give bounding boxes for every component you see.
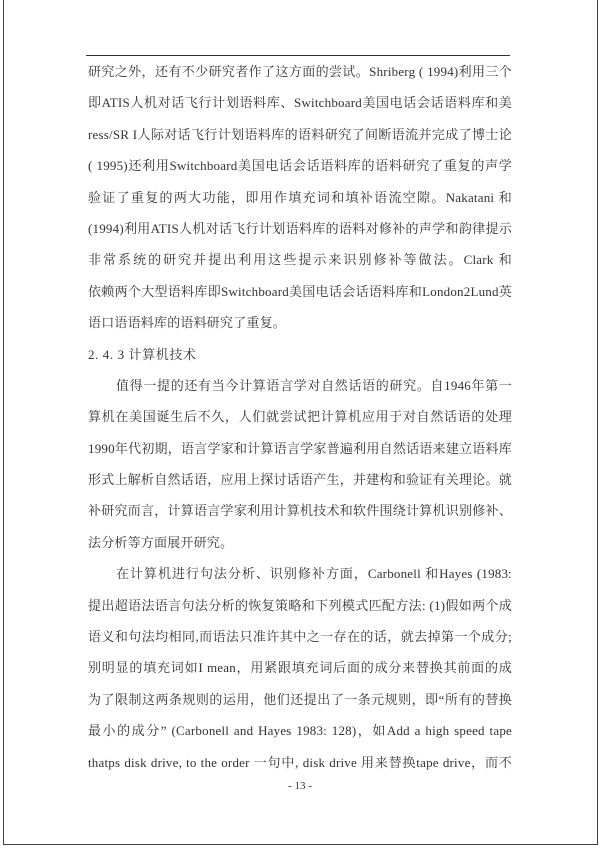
text-line: 为了限制这两条规则的运用，他们还提出了一条元规则，即“所有的替换需选择 (88, 684, 512, 715)
text-line: 值得一提的还有当今计算语言学对自然话语的研究。自1946年第一台电子计 (88, 370, 512, 401)
text-line: 提出超语法语言句法分析的恢复策略和下列模式匹配方法: (1)假如两个成分的 (88, 590, 512, 621)
page-number: - 13 - (0, 780, 600, 792)
text-line: (1994)利用ATIS人机对话飞行计划语料库的语料对修补的声学和韵律提示作了 (88, 213, 512, 244)
text-line: 1990年代初期，语言学家和计算语言学家普遍利用自然话语来建立语料库以从 (88, 433, 512, 464)
text-line: 法分析等方面展开研究。 (88, 527, 512, 558)
text-line: 别明显的填充词如I mean，用紧跟填充词后面的成分来替换其前面的成分。此外， (88, 652, 512, 683)
section-heading: 2. 4. 3 计算机技术 (88, 339, 512, 370)
text-line: ( 1995)还利用Switchboard美国电话会话语料库的语料研究了重复的声… (88, 150, 512, 181)
text-line: 非常系统的研究并提出利用这些提示来识别修补等做法。Clark 和Wasow(19… (88, 244, 512, 275)
text-line: 语义和句法均相同,而语法只准许其中之一存在的话，就去掉第一个成分; (2)识 (88, 621, 512, 652)
text-line: 最小的成分” (Carbonell and Hayes 1983: 128)，如… (88, 715, 512, 746)
text-line: 算机在美国诞生后不久，人们就尝试把计算机应用于对自然话语的处理上。到了 (88, 401, 512, 432)
text-line: 形式上解析自然话语，应用上探讨话语产生，并建构和验证有关理论。就自我修 (88, 464, 512, 495)
text-line: 研究之外，还有不少研究者作了这方面的尝试。Shriberg ( 1994)利用三… (88, 56, 512, 87)
document-page: { "document": { "page_number": "- 13 -",… (0, 0, 600, 848)
text-line: ress/SR I人际对话飞行计划语料库的语料研究了间断语流并完成了博士论文。她 (88, 119, 512, 150)
text-line: thatps disk drive, to the order 一句中, dis… (88, 747, 512, 778)
text-line: 依赖两个大型语料库即Switchboard美国电话会话语料库和London2Lu… (88, 276, 512, 307)
text-line: 语口语语料库的语料研究了重复。 (88, 307, 512, 338)
text-line: 在计算机进行句法分析、识别修补方面，Carbonell 和Hayes (1983… (88, 558, 512, 589)
text-line: 验证了重复的两大功能，即用作填充词和填补语流空隙。Nakatani 和Hirsc… (88, 182, 512, 213)
text-line: 即ATIS人机对话飞行计划语料库、Switchboard美国电话会话语料库和美国… (88, 87, 512, 118)
text-line: 补研究而言，计算语言学家利用计算机技术和软件围绕计算机识别修补、进行句 (88, 495, 512, 526)
body-text: 研究之外，还有不少研究者作了这方面的尝试。Shriberg ( 1994)利用三… (88, 56, 512, 778)
